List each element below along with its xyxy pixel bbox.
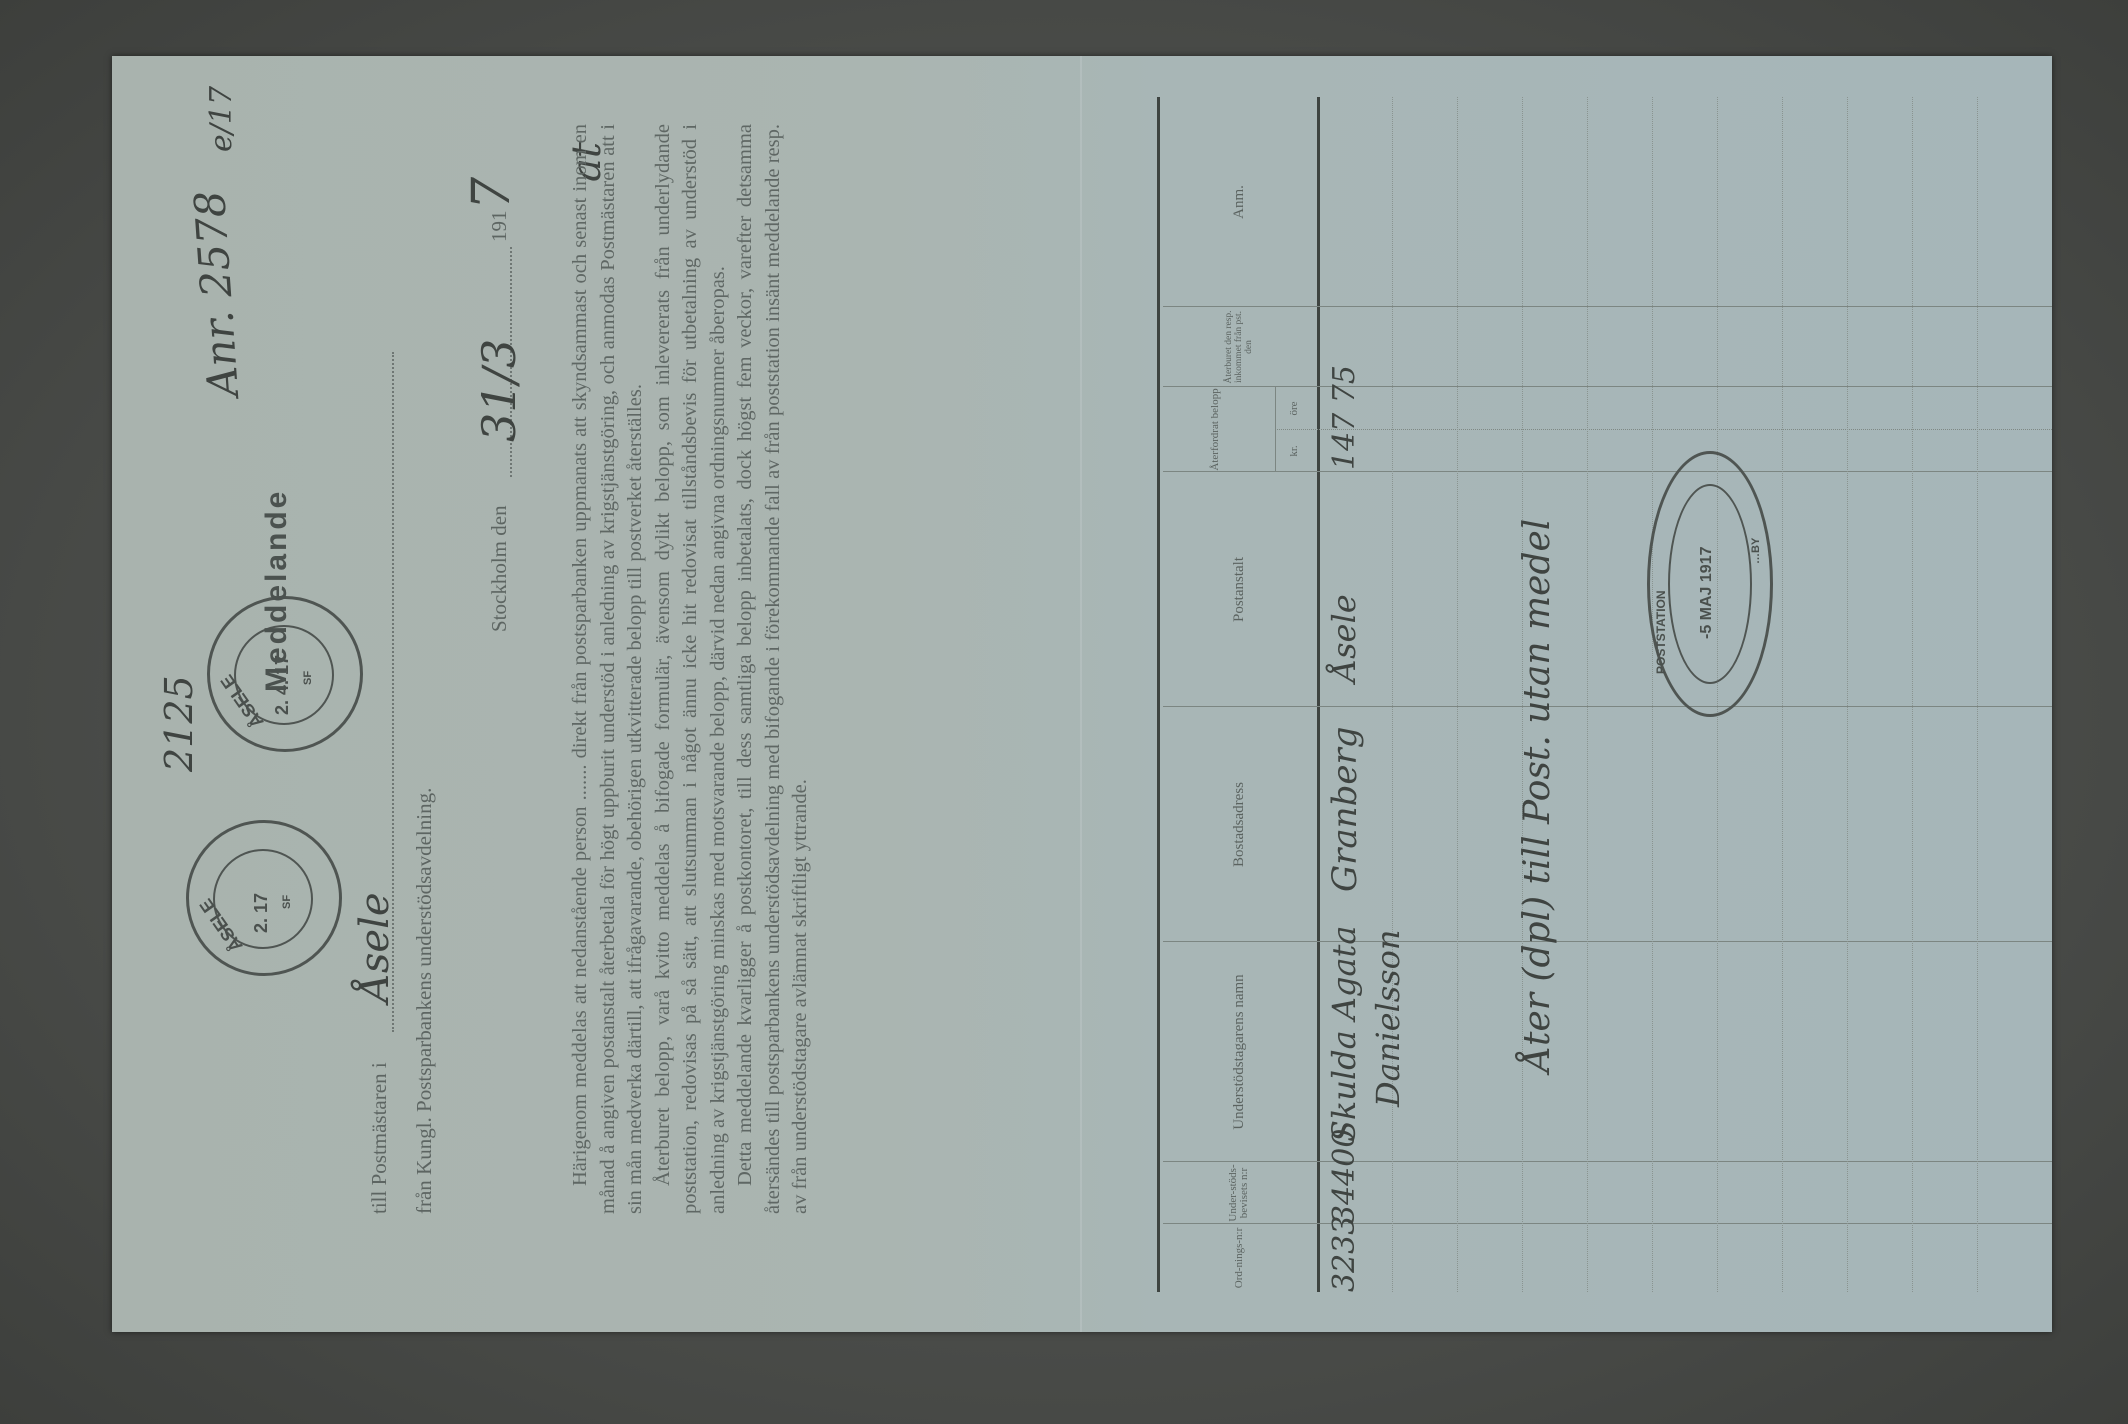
header-belopp: Återfordrat belopp xyxy=(1165,387,1265,472)
cell-bostadsadress: Granberg xyxy=(1325,727,1365,892)
reference-note-suffix: e/17 xyxy=(204,86,239,152)
cell-ordningsnr: 3233 xyxy=(1327,1216,1362,1292)
refund-table: Ord-nings-n:r Under-stöds-bevisets n:r U… xyxy=(1157,97,2052,1292)
oval-poststation-stamp: POSTSTATION -5 MAJ 1917 …BY xyxy=(1647,451,1773,717)
cell-namn-line1: Skulda Agata xyxy=(1325,926,1363,1143)
cell-belopp: 147 75 xyxy=(1327,365,1362,470)
header-belopp-ore: öre xyxy=(1279,387,1309,430)
header-bostadsadress: Bostadsadress xyxy=(1165,707,1313,942)
cell-namn-line2: Danielsson xyxy=(1369,930,1407,1107)
body-paragraph-1: Härigenom meddelas att nedanstående pers… xyxy=(567,124,650,1214)
document-title: Meddelande xyxy=(260,489,294,692)
postmark-stamp-1: ÅSELE 2. 17 SF xyxy=(186,820,342,976)
body-text: Härigenom meddelas att nedanstående pers… xyxy=(567,124,815,1214)
table-top-rule xyxy=(1157,97,1160,1292)
from-line: från Kungl. Postsparbankens understödsav… xyxy=(412,788,437,1214)
number-note: 2125 xyxy=(157,675,201,772)
header-belopp-kr: kr. xyxy=(1279,430,1309,472)
year-prefix: 191 xyxy=(487,211,512,243)
header-namn: Understödstagarens namn xyxy=(1165,942,1313,1162)
to-value: Åsele xyxy=(352,892,398,1002)
header-bevis-nr: Under-stöds-bevisets n:r xyxy=(1165,1162,1313,1224)
cell-bevis-nr: 34400 xyxy=(1327,1129,1362,1224)
date-value: 31/3 xyxy=(472,339,526,442)
header-bottom-rule xyxy=(1317,97,1320,1292)
annotation-note: Åter (dpl) till Post. utan medel xyxy=(1517,519,1558,1072)
reference-note: Anr. 2578 xyxy=(185,189,248,398)
document-upright: Anr. 2578 e/17 2125 ÅSELE 2. 17 SF ÅSELE… xyxy=(112,56,2052,1332)
document-sheet: Anr. 2578 e/17 2125 ÅSELE 2. 17 SF ÅSELE… xyxy=(112,56,2052,1332)
body-paragraph-2: Återburet belopp, varå kvitto meddelas å… xyxy=(650,124,733,1214)
to-label: till Postmästaren i xyxy=(367,1062,392,1214)
header-anm: Anm. xyxy=(1165,97,1313,307)
header-aterburet: Återburet den resp. inkommet från pst. d… xyxy=(1165,307,1313,387)
header-postanstalt: Postanstalt xyxy=(1165,472,1313,707)
body-paragraph-3: Detta meddelande kvarligger å postkontor… xyxy=(732,124,815,1214)
header-ordningsnr: Ord-nings-n:r xyxy=(1165,1224,1313,1292)
cell-postanstalt: Åsele xyxy=(1325,594,1363,682)
year-suffix: 7 xyxy=(462,177,522,210)
place-date-label: Stockholm den xyxy=(487,505,512,632)
